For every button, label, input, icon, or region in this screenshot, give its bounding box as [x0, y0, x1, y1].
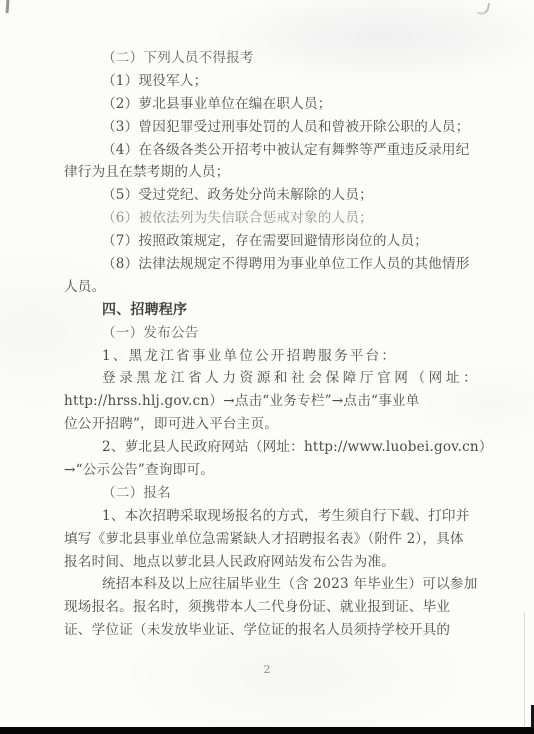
text-line: （5）受过党纪、政务处分尚未解除的人员； [64, 184, 476, 207]
text-line: （7）按照政策规定，存在需要回避情形岗位的人员； [64, 230, 476, 253]
text-line: 登录黑龙江省人力资源和社会保障厅官网（网址： [64, 367, 476, 390]
text-line: （二）报名 [64, 482, 476, 505]
text-line: 现场报名。报名时，须携带本人二代身份证、就业报到证、毕业 [64, 596, 476, 619]
text-line: 证、学位证（未发放毕业证、学位证的报名人员须持学校开具的 [64, 619, 476, 642]
text-line: 1、本次招聘采取现场报名的方式，考生须自行下载、打印并 [64, 505, 476, 528]
text-line: （6）被依法列为失信联合惩戒对象的人员； [64, 207, 476, 230]
text-line: 填写《萝北县事业单位急需紧缺人才招聘报名表》（附件 2），具体 [64, 528, 476, 551]
text-line: （3）曾因犯罪受过刑事处罚的人员和曾被开除公职的人员； [64, 116, 476, 139]
text-line: 报名时间、地点以萝北县人民政府网站发布公告为准。 [64, 551, 476, 574]
text-line: http://hrss.hlj.gov.cn）→点击“业务专栏”→点击“事业单 [64, 390, 476, 413]
text-line: 人员。 [64, 276, 476, 299]
text-line: （4）在各级各类公开招考中被认定有舞弊等严重违反录用纪 [64, 139, 476, 162]
scanned-document-page: （二）下列人员不得报考（1）现役军人；（2）萝北县事业单位在编在职人员；（3）曾… [0, 0, 534, 734]
text-line: 四、招聘程序 [64, 299, 476, 322]
text-line: 位公开招聘”，即可进入平台主页。 [64, 413, 476, 436]
text-line: （二）下列人员不得报考 [64, 47, 476, 70]
scan-artifact-top-right [477, 1, 490, 16]
scan-artifact-right-edge-line [524, 612, 525, 727]
scan-artifact-top-left [6, 0, 10, 13]
document-body: （二）下列人员不得报考（1）现役军人；（2）萝北县事业单位在编在职人员；（3）曾… [64, 47, 476, 642]
scan-edge-bottom-strip [0, 727, 534, 734]
page-number: 2 [0, 663, 534, 676]
text-line: （一）发布公告 [64, 322, 476, 345]
text-line: →“公示公告”查询即可。 [64, 459, 476, 482]
text-line: （2）萝北县事业单位在编在职人员； [64, 93, 476, 116]
text-line: （8）法律法规规定不得聘用为事业单位工作人员的其他情形 [64, 253, 476, 276]
text-line: 统招本科及以上应往届毕业生（含 2023 年毕业生）可以参加 [64, 573, 476, 596]
text-line: （1）现役军人； [64, 70, 476, 93]
text-line: 2、萝北县人民政府网站（网址：http://www.luobei.gov.cn） [64, 436, 476, 459]
text-line: 律行为且在禁考期的人员； [64, 161, 476, 184]
text-line: 1、黑龙江省事业单位公开招聘服务平台： [64, 345, 476, 368]
